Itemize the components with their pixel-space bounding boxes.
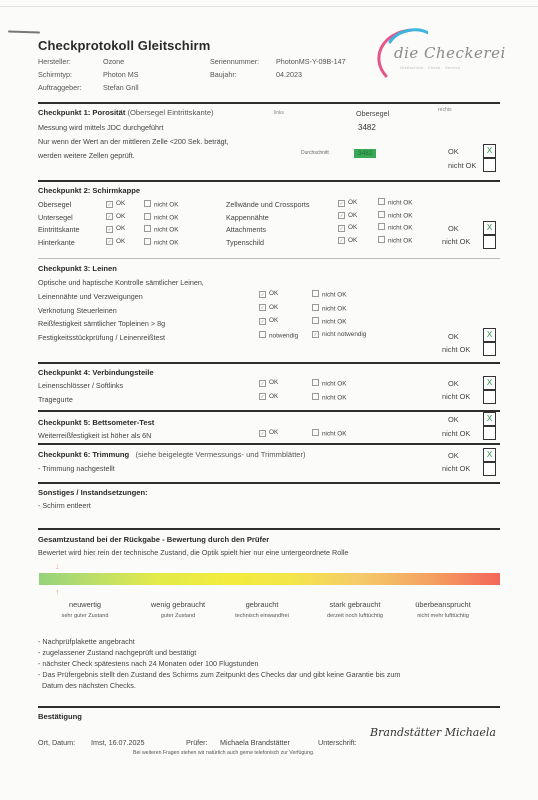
cp3-option-2[interactable]: nicht OK xyxy=(312,290,347,299)
cp2-item-label: Attachments xyxy=(226,225,266,234)
checkpoint-6: Checkpunkt 6: Trimmung (siehe beigelegte… xyxy=(38,450,500,480)
option-label: nicht OK xyxy=(322,431,347,438)
cp1-col-rechts: rechts xyxy=(438,107,452,113)
cp2-nicht-ok-option[interactable]: nicht OK xyxy=(144,225,179,234)
cp6-line1: - Trimmung nachgestellt xyxy=(38,464,115,473)
divider xyxy=(38,362,500,364)
condition-label: neuwertig xyxy=(40,600,130,609)
logo-subtext: Gleitschirm · Check · Service xyxy=(400,65,461,70)
cp5-ok-label: OK xyxy=(448,415,459,424)
checkbox[interactable] xyxy=(312,331,319,338)
cp4-title: Checkpunkt 4: Verbindungsteile xyxy=(38,368,154,377)
pruefer-label: Prüfer: xyxy=(186,738,208,747)
condition-scale-bar xyxy=(39,573,500,585)
cp6-ok-label: OK xyxy=(448,451,459,460)
cp2-item-label: Hinterkante xyxy=(38,238,75,247)
checkbox[interactable] xyxy=(259,304,266,311)
checkbox[interactable] xyxy=(259,318,266,325)
signature: Brandstätter Michaela xyxy=(370,726,496,739)
seriennummer-label: Seriennummer: xyxy=(210,57,259,66)
cp3-intro: Optische und haptische Kontrolle sämtlic… xyxy=(38,278,204,287)
note-line: - zugelassener Zustand nachgeprüft und b… xyxy=(38,647,500,658)
cp2-ok-option[interactable]: OK xyxy=(106,238,125,246)
cp3-option-2[interactable]: nicht OK xyxy=(312,304,347,313)
option-label: nicht OK xyxy=(322,305,347,312)
cp3-title: Checkpunkt 3: Leinen xyxy=(38,264,117,273)
cp3-item-label: Verknotung Steuerleinen xyxy=(38,306,117,315)
checkbox[interactable] xyxy=(338,212,345,219)
cp4-option-2[interactable]: nicht OK xyxy=(312,393,347,402)
checkbox[interactable] xyxy=(259,393,266,400)
cp1-line1: Messung wird mittels JDC durchgeführt xyxy=(38,123,163,132)
cp5-nicht-ok-checkbox[interactable] xyxy=(483,426,496,440)
checkbox[interactable] xyxy=(106,226,113,233)
cp2-item-label: Untersegel xyxy=(38,213,73,222)
cp2-nicht-ok-option[interactable]: nicht OK xyxy=(144,200,179,209)
option-label: OK xyxy=(348,212,357,219)
condition-sublabel: guter Zustand xyxy=(133,613,223,619)
option-label: OK xyxy=(269,379,278,386)
cp2-ok-option[interactable]: OK xyxy=(106,213,125,221)
cp2-title: Checkpunkt 2: Schirmkappe xyxy=(38,186,140,195)
condition-option-0: neuwertigsehr guter Zustand xyxy=(40,600,130,619)
option-label: nicht notwendig xyxy=(322,331,366,338)
cp2-nicht-ok-option[interactable]: nicht OK xyxy=(378,223,413,232)
cp2-nicht-ok-label: nicht OK xyxy=(442,237,470,246)
divider xyxy=(38,102,500,104)
cp3-option-1[interactable]: notwendig xyxy=(259,331,298,340)
checkbox[interactable] xyxy=(338,225,345,232)
checkbox[interactable] xyxy=(106,201,113,208)
cp5-item-label: Weiterreißfestigkeit ist höher als 6N xyxy=(38,431,151,440)
cp3-item-label: Leinennähte und Verzweigungen xyxy=(38,292,143,301)
cp6-title: Checkpunkt 6: Trimmung (siehe beigelegte… xyxy=(38,450,306,459)
option-label: nicht OK xyxy=(388,212,413,219)
note-line: - Nachprüfplakette angebracht xyxy=(38,636,500,647)
checkbox[interactable] xyxy=(259,380,266,387)
option-label: notwendig xyxy=(269,332,298,339)
cp5-option-1[interactable]: OK xyxy=(259,429,278,437)
logo-text: die Checkerei xyxy=(394,44,506,62)
cp4-ok-label: OK xyxy=(448,379,459,388)
condition-option-1: wenig gebrauchtguter Zustand xyxy=(133,600,223,619)
notes-list: - Nachprüfplakette angebracht- zugelasse… xyxy=(38,636,500,691)
checkbox[interactable] xyxy=(259,331,266,338)
cp1-nicht-ok-label: nicht OK xyxy=(448,161,476,170)
schirmtyp-value: Photon MS xyxy=(103,70,139,79)
condition-option-2: gebrauchttechnisch einwandfrei xyxy=(217,600,307,619)
footer-note: Bei weiteren Fragen stehen wir natürlich… xyxy=(133,750,314,756)
cp2-ok-checkbox[interactable]: X xyxy=(483,221,496,235)
cp3-ok-label: OK xyxy=(448,332,459,341)
checkbox[interactable] xyxy=(144,200,151,207)
sonstiges-line1: - Schirm entleert xyxy=(38,501,91,510)
cp2-nicht-ok-option[interactable]: nicht OK xyxy=(378,236,413,245)
cp3-ok-checkbox[interactable]: X xyxy=(483,328,496,342)
bestaetigung-section: Bestätigung Ort, Datum: Imst, 16.07.2025… xyxy=(38,712,500,762)
checkbox[interactable] xyxy=(312,379,319,386)
cp4-nicht-ok-checkbox[interactable] xyxy=(483,390,496,404)
unterschrift-label: Unterschrift: xyxy=(318,738,357,747)
condition-sublabel: derzeit noch lufttüchtig xyxy=(310,613,400,619)
cp1-line2: Nur wenn der Wert an der mittleren Zelle… xyxy=(38,137,229,146)
checkbox[interactable] xyxy=(106,238,113,245)
option-label: OK xyxy=(116,225,125,232)
cp4-option-1[interactable]: OK xyxy=(259,393,278,401)
cp2-item-label: Kappennähte xyxy=(226,213,269,222)
option-label: nicht OK xyxy=(154,227,179,234)
cp3-option-1[interactable]: OK xyxy=(259,290,278,298)
cp3-option-2[interactable]: nicht notwendig xyxy=(312,331,366,339)
cp2-item-label: Obersegel xyxy=(38,200,71,209)
option-label: nicht OK xyxy=(388,200,413,207)
cp3-item-label: Festigkeitsstückprüfung / Leinenreißtest xyxy=(38,333,165,342)
checkbox[interactable] xyxy=(312,393,319,400)
checkbox[interactable] xyxy=(338,237,345,244)
auftraggeber-label: Auftraggeber: xyxy=(38,83,108,92)
scan-edge-line xyxy=(0,6,538,7)
cp1-nicht-ok-checkbox[interactable] xyxy=(483,158,496,172)
cp2-ok-label: OK xyxy=(448,224,459,233)
option-label: nicht OK xyxy=(154,214,179,221)
schirmtyp-label: Schirmtyp: xyxy=(38,70,108,79)
document-header: Checkprotokoll Gleitschirm Hersteller: O… xyxy=(38,38,500,103)
cp1-ok-checkbox[interactable]: X xyxy=(483,144,496,158)
checkbox[interactable] xyxy=(259,430,266,437)
cp4-ok-checkbox[interactable]: X xyxy=(483,376,496,390)
cp2-nicht-ok-option[interactable]: nicht OK xyxy=(378,211,413,220)
cp6-nicht-ok-label: nicht OK xyxy=(442,464,470,473)
option-label: nicht OK xyxy=(388,237,413,244)
condition-option-4: überbeanspruchtnicht mehr lufttüchtig xyxy=(398,600,488,619)
arrow-down-icon: ↓ xyxy=(55,561,60,571)
option-label: OK xyxy=(269,290,278,297)
cp4-item-label: Leinenschlösser / Softlinks xyxy=(38,381,123,390)
checkpoint-2: Checkpunkt 2: Schirmkappe ObersegelOKnic… xyxy=(38,186,500,256)
option-label: OK xyxy=(116,213,125,220)
option-label: nicht OK xyxy=(154,202,179,209)
cp3-nicht-ok-checkbox[interactable] xyxy=(483,342,496,356)
hersteller-label: Hersteller: xyxy=(38,57,108,66)
condition-label: wenig gebraucht xyxy=(133,600,223,609)
option-label: OK xyxy=(269,393,278,400)
divider xyxy=(38,528,500,530)
cp1-col-obersegel: Obersegel xyxy=(356,109,389,118)
cp2-ok-option[interactable]: OK xyxy=(338,199,357,207)
option-label: OK xyxy=(269,304,278,311)
checkbox[interactable] xyxy=(312,317,319,324)
bestaetigung-title: Bestätigung xyxy=(38,712,82,721)
cp1-line3: werden weitere Zellen geprüft. xyxy=(38,151,135,160)
cp4-nicht-ok-label: nicht OK xyxy=(442,392,470,401)
cp2-ok-option[interactable]: OK xyxy=(338,224,357,232)
cp2-nicht-ok-checkbox[interactable] xyxy=(483,235,496,249)
cp4-option-2[interactable]: nicht OK xyxy=(312,379,347,388)
option-label: OK xyxy=(348,199,357,206)
checkbox[interactable] xyxy=(338,200,345,207)
checkbox[interactable] xyxy=(144,238,151,245)
checkbox[interactable] xyxy=(259,291,266,298)
option-label: OK xyxy=(348,237,357,244)
divider xyxy=(38,482,500,484)
cp2-ok-option[interactable]: OK xyxy=(338,237,357,245)
cp2-nicht-ok-option[interactable]: nicht OK xyxy=(378,198,413,207)
checkpoint-3: Checkpunkt 3: Leinen Optische und haptis… xyxy=(38,264,500,356)
gesamtzustand-section: Gesamtzustand bei der Rückgabe - Bewertu… xyxy=(38,535,500,555)
arrow-up-icon: ↑ xyxy=(55,587,60,597)
cp6-nicht-ok-checkbox[interactable] xyxy=(483,462,496,476)
checkbox[interactable] xyxy=(312,429,319,436)
hersteller-value: Ozone xyxy=(103,57,124,66)
option-label: nicht OK xyxy=(322,381,347,388)
cp6-ok-checkbox[interactable]: X xyxy=(483,448,496,462)
option-label: OK xyxy=(348,224,357,231)
note-line: Datum des nächsten Checks. xyxy=(38,680,500,691)
checkpoint-1: Checkpunkt 1: Porosität (Obersegel Eintr… xyxy=(38,108,500,178)
cp1-durchschnitt-value: 3482 xyxy=(354,148,376,158)
option-label: nicht OK xyxy=(322,319,347,326)
cp1-title: Checkpunkt 1: Porosität (Obersegel Eintr… xyxy=(38,108,214,117)
divider xyxy=(38,443,500,445)
cp4-item-label: Tragegurte xyxy=(38,395,73,404)
gesamt-subtitle: Bewertet wird hier rein der technische Z… xyxy=(38,548,348,557)
checkbox[interactable] xyxy=(144,225,151,232)
ort-datum-value: Imst, 16.07.2025 xyxy=(91,738,145,747)
seriennummer-value: PhotonMS-Y-09B-147 xyxy=(276,57,346,66)
divider xyxy=(38,410,500,412)
auftraggeber-value: Stefan Gnll xyxy=(103,83,139,92)
checkbox[interactable] xyxy=(378,211,385,218)
cp1-col-links: links xyxy=(274,110,284,116)
cp2-ok-option[interactable]: OK xyxy=(106,225,125,233)
checkbox[interactable] xyxy=(378,198,385,205)
pruefer-value: Michaela Brandstätter xyxy=(220,738,290,747)
cp3-option-1[interactable]: OK xyxy=(259,317,278,325)
cp2-item-label: Zellwände und Crossports xyxy=(226,200,310,209)
cp3-item-label: Reißfestigkeit sämtlicher Topleinen > 8g xyxy=(38,319,165,328)
cp3-nicht-ok-label: nicht OK xyxy=(442,345,470,354)
option-label: OK xyxy=(269,429,278,436)
sonstiges-title: Sonstiges / Instandsetzungen: xyxy=(38,488,148,497)
option-label: nicht OK xyxy=(388,225,413,232)
divider xyxy=(38,180,500,182)
option-label: OK xyxy=(116,200,125,207)
cp2-item-label: Eintrittskante xyxy=(38,225,80,234)
cp4-option-1[interactable]: OK xyxy=(259,379,278,387)
pen-mark xyxy=(8,30,40,33)
sonstiges-section: Sonstiges / Instandsetzungen: - Schirm e… xyxy=(38,488,500,518)
checkpoint-5: Checkpunkt 5: Bettsometer-Test Weiterrei… xyxy=(38,413,500,443)
divider xyxy=(38,706,500,708)
cp2-nicht-ok-option[interactable]: nicht OK xyxy=(144,238,179,247)
checkerei-logo: die Checkerei Gleitschirm · Check · Serv… xyxy=(368,32,508,92)
cp1-obersegel-value: 3482 xyxy=(358,123,376,132)
condition-sublabel: nicht mehr lufttüchtig xyxy=(398,613,488,619)
checkpoint-4: Checkpunkt 4: Verbindungsteile Leinensch… xyxy=(38,368,500,408)
baujahr-value: 04.2023 xyxy=(276,70,302,79)
checkbox[interactable] xyxy=(378,223,385,230)
cp2-nicht-ok-option[interactable]: nicht OK xyxy=(144,213,179,222)
cp1-durchschnitt-label: Durchschnitt xyxy=(301,150,329,156)
gesamt-title: Gesamtzustand bei der Rückgabe - Bewertu… xyxy=(38,535,269,544)
note-line: - nächster Check spätestens nach 24 Mona… xyxy=(38,658,500,669)
ort-datum-label: Ort, Datum: xyxy=(38,738,75,747)
condition-label: gebraucht xyxy=(217,600,307,609)
note-line: - Das Prüfergebnis stellt den Zustand de… xyxy=(38,669,500,680)
baujahr-label: Baujahr: xyxy=(210,70,237,79)
checkbox[interactable] xyxy=(312,290,319,297)
cp5-title: Checkpunkt 5: Bettsometer-Test xyxy=(38,418,154,427)
option-label: nicht OK xyxy=(154,239,179,246)
option-label: nicht OK xyxy=(322,292,347,299)
option-label: OK xyxy=(269,317,278,324)
cp5-nicht-ok-label: nicht OK xyxy=(442,429,470,438)
divider xyxy=(38,258,500,259)
option-label: nicht OK xyxy=(322,394,347,401)
cp1-ok-label: OK xyxy=(448,147,459,156)
cp2-item-label: Typenschild xyxy=(226,238,264,247)
condition-label: stark gebraucht xyxy=(310,600,400,609)
cp3-option-1[interactable]: OK xyxy=(259,304,278,312)
checkbox[interactable] xyxy=(144,213,151,220)
checkbox[interactable] xyxy=(378,236,385,243)
checkbox[interactable] xyxy=(312,304,319,311)
condition-sublabel: technisch einwandfrei xyxy=(217,613,307,619)
condition-label: überbeansprucht xyxy=(398,600,488,609)
cp5-ok-checkbox[interactable]: X xyxy=(483,412,496,426)
cp2-ok-option[interactable]: OK xyxy=(106,200,125,208)
option-label: OK xyxy=(116,238,125,245)
cp5-option-2[interactable]: nicht OK xyxy=(312,429,347,438)
condition-option-3: stark gebrauchtderzeit noch lufttüchtig xyxy=(310,600,400,619)
cp3-option-2[interactable]: nicht OK xyxy=(312,317,347,326)
checkbox[interactable] xyxy=(106,213,113,220)
cp2-ok-option[interactable]: OK xyxy=(338,212,357,220)
condition-sublabel: sehr guter Zustand xyxy=(40,613,130,619)
